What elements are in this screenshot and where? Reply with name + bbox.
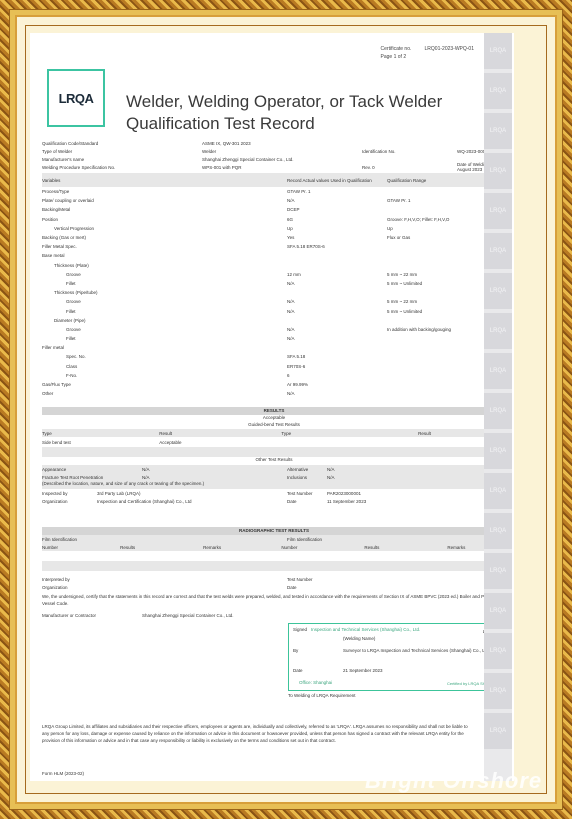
inspection-value-2: 11 September 2023 xyxy=(327,499,366,504)
stamp-under-note: To Welding of LRQA Requirement xyxy=(288,693,355,698)
stamp-date: 21 September 2023 xyxy=(343,668,383,673)
other-value-2: N/A xyxy=(327,467,335,472)
side-tab: LRQA xyxy=(484,73,512,109)
results-sub-1: Acceptable xyxy=(42,415,506,422)
info-label-2: Identification No. xyxy=(362,149,457,154)
results-header: Type xyxy=(281,431,418,436)
other-label: Fracture Test Root Penetration xyxy=(42,475,142,480)
variable-actual: N/A xyxy=(287,336,387,341)
variable-label: Groove xyxy=(42,272,287,277)
variable-label: Plate/ coupling or overlaid xyxy=(42,198,287,203)
side-tab: LRQA xyxy=(484,393,512,429)
inspection-label-2: Test Number xyxy=(287,491,327,496)
variable-label: Base metal xyxy=(42,253,287,258)
info-label: Manufacturer's name xyxy=(42,157,202,162)
variable-actual: GTAW Pr. 1 xyxy=(287,189,387,194)
page-number: Page 1 of 2 xyxy=(381,53,474,61)
film-title-left: Film Identification xyxy=(42,537,287,542)
inspection-row: Inspected by3rd Party Lab (LRQA)Test Num… xyxy=(42,489,506,497)
variable-label: Gas/Flux Type xyxy=(42,382,287,387)
other-value-2: N/A xyxy=(327,475,335,480)
variable-label: Fillet xyxy=(42,309,287,314)
variable-row: Diameter (Pipe) xyxy=(42,316,506,325)
variables-header-row: VariablesRecord Actual values Used in Qu… xyxy=(42,173,506,187)
variable-row: Gas/Flux TypeAr 99.99% xyxy=(42,380,506,389)
certificate-header: Certificate no.LRQ01-2023-WPQ-01 Page 1 … xyxy=(381,45,474,61)
side-tab: LRQA xyxy=(484,273,512,309)
inspection-row: OrganizationInspection and Certification… xyxy=(42,497,506,505)
variable-label: Thickness (Pipe/tube) xyxy=(42,290,287,295)
other-result-row: Fracture Test Root PenetrationN/AInclusi… xyxy=(42,473,506,481)
cert-no-label: Certificate no. xyxy=(381,45,425,53)
film-header-row: NumberResultsRemarksNumberResultsRemarks xyxy=(42,543,506,551)
variable-label: Backing (Gas or Inert) xyxy=(42,235,287,240)
variable-row: ClassER70S-6 xyxy=(42,362,506,371)
variable-row: Base metal xyxy=(42,251,506,260)
info-row: Welding Procedure Specification No.WPS-0… xyxy=(42,163,506,171)
cert-no-value: LRQ01-2023-WPQ-01 xyxy=(425,45,474,53)
other-results-title: Other Test Results xyxy=(42,457,506,465)
signed-label: Signed xyxy=(293,627,307,632)
manufacturer-row: Manufacturer or ContractorShanghai Zheng… xyxy=(42,611,506,619)
other-result-row: AppearanceN/AAlternativeN/A xyxy=(42,465,506,473)
inspection-value-2: PAR2023000001 xyxy=(327,491,361,496)
radiographic-band: RADIOGRAPHIC TEST RESULTS xyxy=(42,527,506,535)
interpreted-label: Interpreted by xyxy=(42,577,287,582)
stamp-location: Office: Shanghai xyxy=(299,680,332,685)
other-label: Appearance xyxy=(42,467,142,472)
variable-label: Groove xyxy=(42,299,287,304)
film-blank-row xyxy=(42,551,506,561)
info-section: Qualification Code/StandardASME IX, QW-3… xyxy=(42,139,506,171)
other-value: N/A xyxy=(142,475,287,480)
form-code: Form HLM (2023-02) xyxy=(42,771,84,776)
variables-col-1: Variables xyxy=(42,178,287,183)
variable-label: Thickness (Plate) xyxy=(42,263,287,268)
film-header: Results xyxy=(364,545,447,550)
side-tab: LRQA xyxy=(484,153,512,189)
variable-label: Fillet xyxy=(42,281,287,286)
variable-row: Vertical ProgressionUpUp xyxy=(42,224,506,233)
variable-row: Groove12 mm5 mm ~ 22 mm xyxy=(42,270,506,279)
side-tab: LRQA xyxy=(484,233,512,269)
variable-actual: N/A xyxy=(287,299,387,304)
film-title-row: Film IdentificationFilm Identification xyxy=(42,535,506,543)
side-tab: LRQA xyxy=(484,353,512,389)
variable-row: Spec. No.SFA 5.18 xyxy=(42,352,506,361)
variable-label: Filler metal xyxy=(42,345,287,350)
variable-row: Thickness (Pipe/tube) xyxy=(42,288,506,297)
side-tab: LRQA xyxy=(484,673,512,709)
variable-row: FilletN/A5 mm ~ Unlimited xyxy=(42,306,506,315)
variable-row: Filler metal xyxy=(42,343,506,352)
variable-row: Plate/ coupling or overlaidN/AGTAW Pr. 1 xyxy=(42,196,506,205)
organization-label: Organization xyxy=(42,585,287,590)
variable-row: F-No.6 xyxy=(42,371,506,380)
variables-section: VariablesRecord Actual values Used in Qu… xyxy=(42,173,506,398)
variable-actual: Yes xyxy=(287,235,387,240)
variable-label: Other xyxy=(42,391,287,396)
info-value: Welder xyxy=(202,149,362,154)
variables-col-2: Record Actual values Used in Qualificati… xyxy=(287,178,387,183)
variable-row: Position6GGroove: F,H,V,O; Fillet: F,H,V… xyxy=(42,215,506,224)
variable-actual: SFA 5.18 ER70S-6 xyxy=(287,244,387,249)
variable-label: Diameter (Pipe) xyxy=(42,318,287,323)
info-value: ASME IX, QW-301 2023 xyxy=(202,141,362,146)
side-tab: LRQA xyxy=(484,473,512,509)
variable-row: FilletN/A5 mm ~ Unlimited xyxy=(42,279,506,288)
results-note: (Described the location, nature, and siz… xyxy=(42,481,506,489)
info-label: Qualification Code/Standard xyxy=(42,141,202,146)
results-header: Type xyxy=(42,431,159,436)
info-row: Qualification Code/StandardASME IX, QW-3… xyxy=(42,139,506,147)
side-tab: LRQA xyxy=(484,193,512,229)
test-number-label: Test Number xyxy=(287,577,313,582)
side-tab: LRQA xyxy=(484,713,512,749)
by-label: By xyxy=(293,648,298,653)
info-value: Shanghai Zhenggi Special Container Co., … xyxy=(202,157,362,162)
variable-label: Vertical Progression xyxy=(42,226,287,231)
film-header: Remarks xyxy=(203,545,281,550)
results-row: Side bend testAcceptable xyxy=(42,437,506,447)
info-row: Manufacturer's nameShanghai Zhenggi Spec… xyxy=(42,155,506,163)
side-tab: LRQA xyxy=(484,433,512,469)
film-header: Results xyxy=(120,545,203,550)
inspection-value: Inspection and Certification (Shanghai) … xyxy=(97,499,287,504)
stamp-name: (Welding Name) xyxy=(343,636,375,641)
variable-label: Spec. No. xyxy=(42,354,287,359)
watermark: Bright Offshore xyxy=(365,768,542,794)
variable-row: Process/TypeGTAW Pr. 1 xyxy=(42,187,506,196)
interpreted-org-row: OrganizationDate xyxy=(42,583,506,591)
info-value: WPS-001 with PQR xyxy=(202,165,362,170)
variable-actual: N/A xyxy=(287,198,387,203)
variable-actual: 6G xyxy=(287,217,387,222)
results-header: Result xyxy=(159,431,281,436)
variable-row: Thickness (Plate) xyxy=(42,261,506,270)
certificate-page: Certificate no.LRQ01-2023-WPQ-01 Page 1 … xyxy=(30,33,514,781)
variable-actual: Ar 99.99% xyxy=(287,382,387,387)
variable-actual: N/A xyxy=(287,309,387,314)
variable-label: Filler Metal Spec. xyxy=(42,244,287,249)
results-band: RESULTS xyxy=(42,407,506,415)
signed-org: Inspection and Technical Services (Shang… xyxy=(311,627,420,632)
radiographic-section: RADIOGRAPHIC TEST RESULTSFilm Identifica… xyxy=(42,527,506,619)
other-label-2: Inclusions xyxy=(287,475,327,480)
approval-stamp: Signed Inspection and Technical Services… xyxy=(288,623,502,691)
inspection-label-2: Date xyxy=(287,499,327,504)
results-cell: Acceptable xyxy=(159,440,281,445)
lrqa-logo: LRQA xyxy=(47,69,105,127)
inspection-label: Inspected by xyxy=(42,491,97,496)
side-tab: LRQA xyxy=(484,633,512,669)
variable-row: GrooveN/A5 mm ~ 22 mm xyxy=(42,297,506,306)
variable-row: Filler Metal Spec.SFA 5.18 ER70S-6 xyxy=(42,242,506,251)
results-cell: Side bend test xyxy=(42,440,159,445)
variable-actual: SFA 5.18 xyxy=(287,354,387,359)
inspection-label: Organization xyxy=(42,499,97,504)
variable-row: FilletN/A xyxy=(42,334,506,343)
film-title-right: Film Identification xyxy=(287,537,322,542)
date-label: Date xyxy=(287,585,297,590)
results-spacer xyxy=(42,447,506,457)
variable-actual: N/A xyxy=(287,391,387,396)
variable-label: Fillet xyxy=(42,336,287,341)
variable-actual: N/A xyxy=(287,281,387,286)
film-header: Number xyxy=(42,545,120,550)
variable-actual: 6 xyxy=(287,373,387,378)
variable-label: Groove xyxy=(42,327,287,332)
results-header-row: TypeResultTypeResult xyxy=(42,429,506,437)
variable-row: GrooveN/AIn addition with backing/gougin… xyxy=(42,325,506,334)
logo-text: LRQA xyxy=(59,91,94,106)
results-section: RESULTSAcceptableGuided-bend Test Result… xyxy=(42,407,506,505)
variable-row: Backing/MetalDCEP xyxy=(42,205,506,214)
interpreted-row: Interpreted byTest Number xyxy=(42,575,506,583)
certification-statement: We, the undersigned, certify that the st… xyxy=(42,593,506,607)
info-label-2: Rev. 0 xyxy=(362,165,457,170)
variable-actual: N/A xyxy=(287,327,387,332)
variable-label: Backing/Metal xyxy=(42,207,287,212)
inspection-value: 3rd Party Lab (LRQA) xyxy=(97,491,287,496)
results-sub-2: Guided-bend Test Results xyxy=(42,422,506,429)
title-line-1: Welder, Welding Operator, or Tack Welder xyxy=(126,91,442,113)
side-tab: LRQA xyxy=(484,33,512,69)
film-blank-row xyxy=(42,561,506,571)
film-header: Number xyxy=(281,545,364,550)
other-value: N/A xyxy=(142,467,287,472)
variable-actual: DCEP xyxy=(287,207,387,212)
variable-label: F-No. xyxy=(42,373,287,378)
variable-actual: 12 mm xyxy=(287,272,387,277)
side-tab: LRQA xyxy=(484,593,512,629)
other-label-2: Alternative xyxy=(287,467,327,472)
side-tab-strip: LRQALRQALRQALRQALRQALRQALRQALRQALRQALRQA… xyxy=(484,33,512,781)
disclaimer: LRQA Group Limited, its affiliates and s… xyxy=(42,723,474,744)
info-label: Welding Procedure Specification No. xyxy=(42,165,202,170)
variable-row: Backing (Gas or Inert)YesFlux or Gas xyxy=(42,233,506,242)
variable-actual: ER70S-6 xyxy=(287,364,387,369)
variable-label: Class xyxy=(42,364,287,369)
info-row: Type of WelderWelderIdentification No.WQ… xyxy=(42,147,506,155)
side-tab: LRQA xyxy=(484,113,512,149)
variable-row: OtherN/A xyxy=(42,389,506,398)
side-tab: LRQA xyxy=(484,513,512,549)
title-line-2: Qualification Test Record xyxy=(126,113,442,135)
side-tab: LRQA xyxy=(484,553,512,589)
side-tab: LRQA xyxy=(484,313,512,349)
by-value: Surveyor to LRQA Inspection and Technica… xyxy=(343,648,493,653)
manufacturer-label: Manufacturer or Contractor xyxy=(42,613,142,618)
manufacturer-value: Shanghai Zhenggi Special Container Co., … xyxy=(142,613,234,618)
info-label: Type of Welder xyxy=(42,149,202,154)
variable-actual: Up xyxy=(287,226,387,231)
document-title: Welder, Welding Operator, or Tack Welder… xyxy=(126,91,442,135)
variable-label: Process/Type xyxy=(42,189,287,194)
stamp-date-label: Date xyxy=(293,668,303,673)
variable-label: Position xyxy=(42,217,287,222)
